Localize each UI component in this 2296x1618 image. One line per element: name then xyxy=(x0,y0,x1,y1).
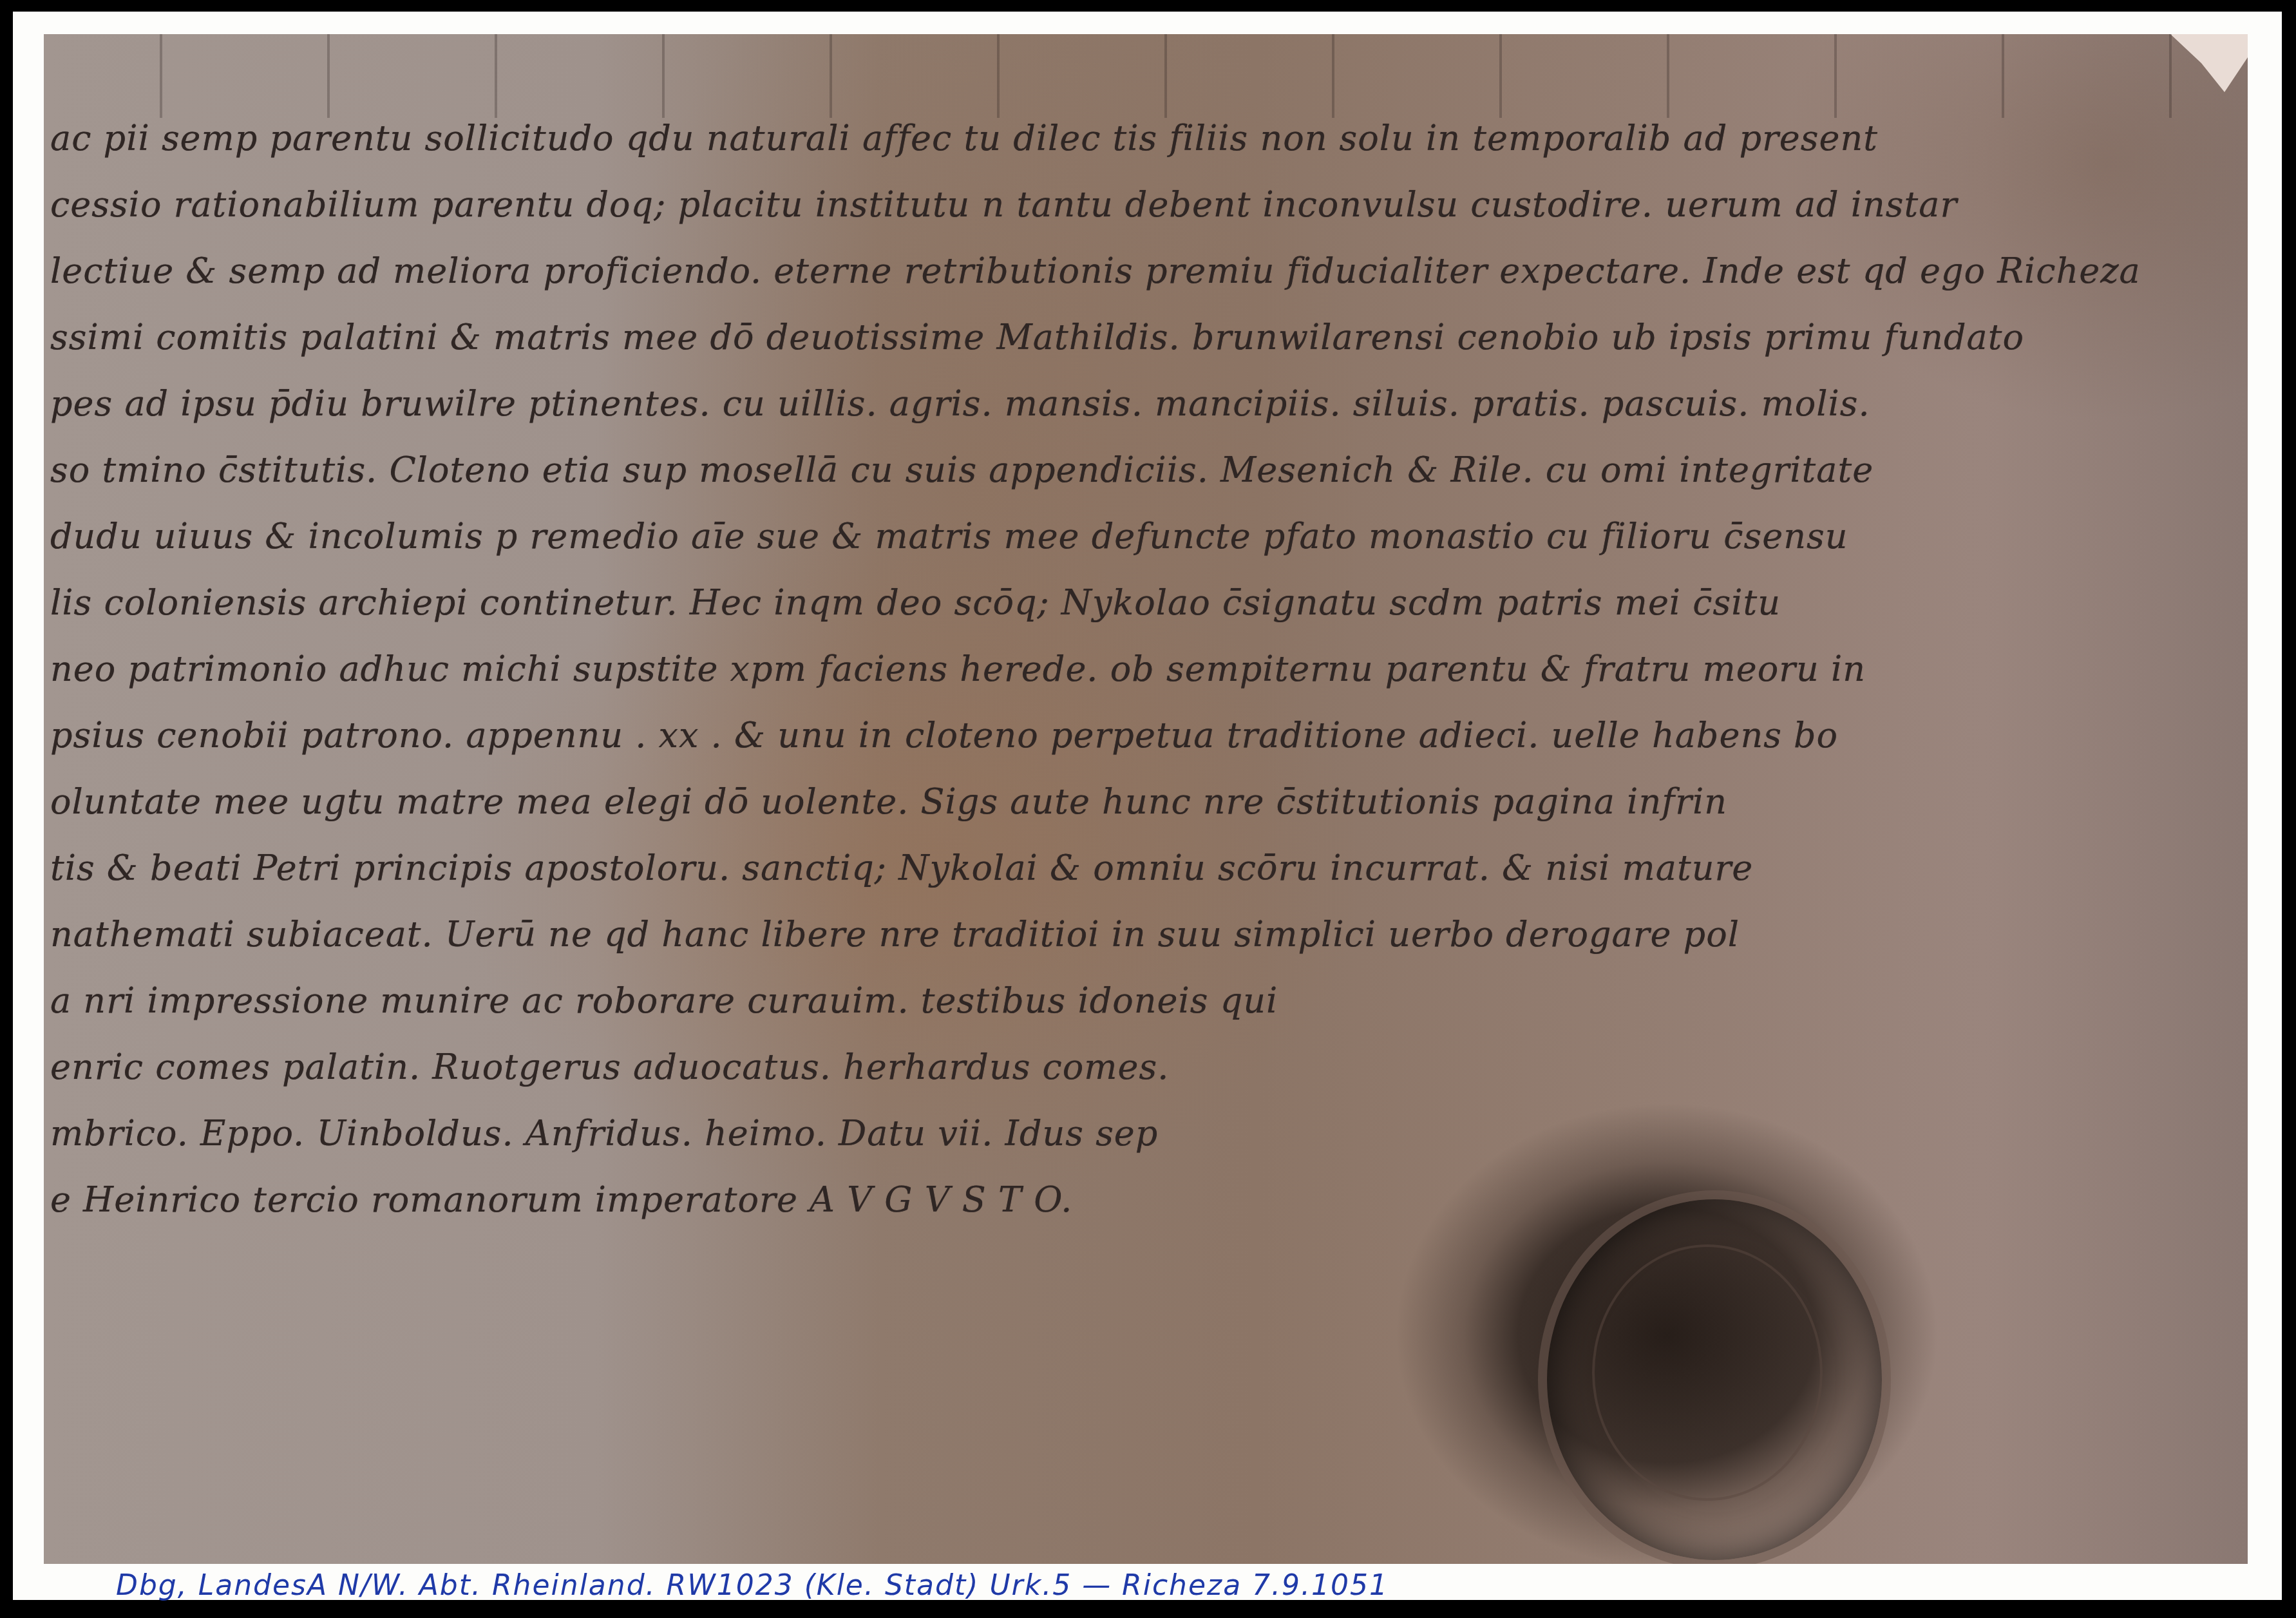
text-line: tis & beati Petri principis apostoloru. … xyxy=(50,835,2227,901)
scan-sheet: ac pii semp parentu sollicitudo qdu natu… xyxy=(13,12,2282,1600)
seal-inner-ring xyxy=(1592,1244,1823,1501)
parchment: ac pii semp parentu sollicitudo qdu natu… xyxy=(44,34,2248,1564)
text-line: pes ad ipsu p̄diu bruwilre ptinentes. cu… xyxy=(50,370,2227,437)
text-line: mbrico. Eppo. Uinboldus. Anfridus. heimo… xyxy=(50,1100,2227,1166)
text-line: a nri impressione munire ac roborare cur… xyxy=(50,967,2227,1034)
text-line: so tmino c̄stitutis. Cloteno etia sup mo… xyxy=(50,437,2227,503)
text-line: e Heinrico tercio romanorum imperatore A… xyxy=(50,1166,2227,1233)
text-line: lectiue & semp ad meliora proficiendo. e… xyxy=(50,238,2227,304)
charter-text: ac pii semp parentu sollicitudo qdu natu… xyxy=(50,105,2227,1233)
text-line: ssimi comitis palatini & matris mee dō d… xyxy=(50,304,2227,370)
wax-seal xyxy=(1538,1190,1891,1564)
archival-reference-note: Dbg, LandesA N/W. Abt. Rheinland. RW1023… xyxy=(116,1569,1389,1602)
text-line: dudu uiuus & incolumis p remedio aīe sue… xyxy=(50,503,2227,569)
text-line: neo patrimonio adhuc michi supstite xpm … xyxy=(50,636,2227,702)
text-line: oluntate mee ugtu matre mea elegi dō uol… xyxy=(50,768,2227,835)
text-line: psius cenobii patrono. appennu . xx . & … xyxy=(50,702,2227,768)
text-line: lis coloniensis archiepi continetur. Hec… xyxy=(50,569,2227,636)
text-line: ac pii semp parentu sollicitudo qdu natu… xyxy=(50,105,2227,171)
text-line: nathemati subiaceat. Uerū ne qd hanc lib… xyxy=(50,901,2227,967)
text-line: cessio rationabilium parentu doq; placit… xyxy=(50,171,2227,238)
text-line: enric comes palatin. Ruotgerus aduocatus… xyxy=(50,1034,2227,1100)
